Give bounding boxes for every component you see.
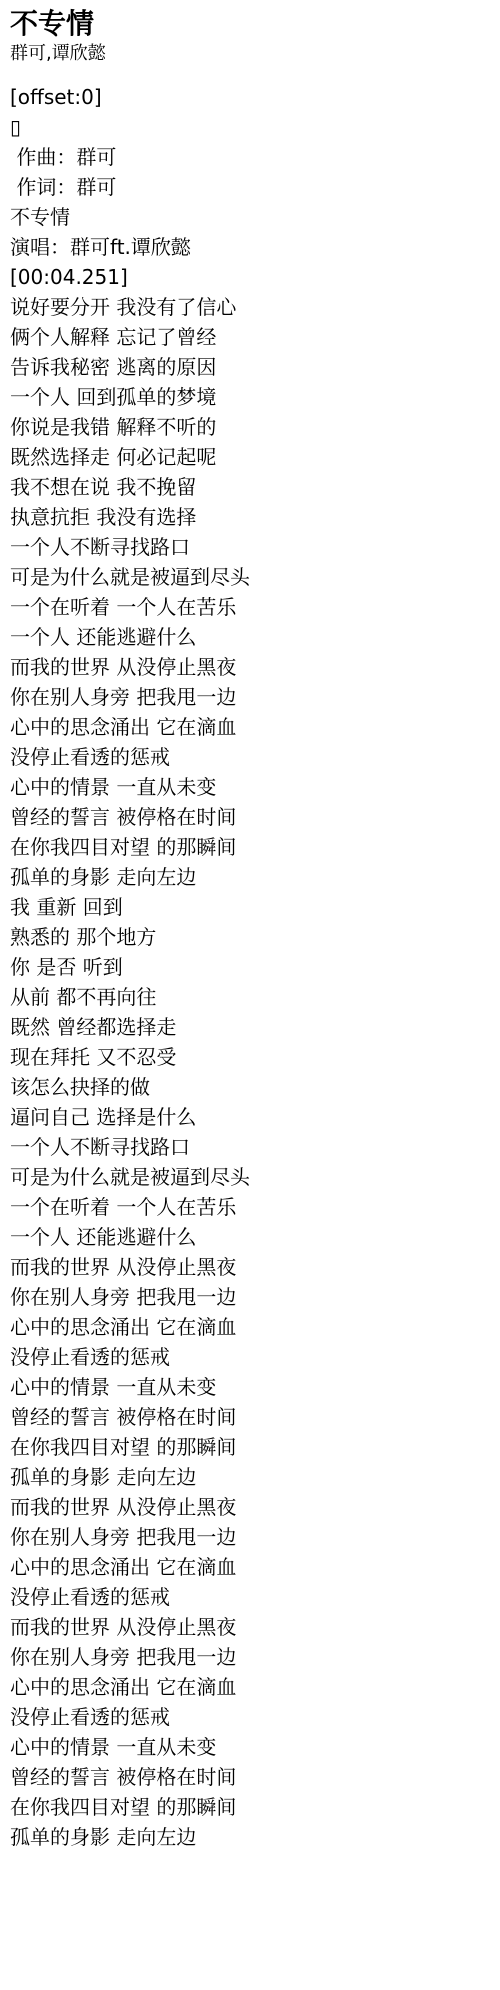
lyric-line: 告诉我秘密 逃离的原因 — [10, 352, 490, 382]
lyric-line: 孤单的身影 走向左边 — [10, 1462, 490, 1492]
lyric-line: 作曲：群可 — [10, 142, 490, 172]
lyric-line: 而我的世界 从没停止黑夜 — [10, 1252, 490, 1282]
lyric-line: 一个人不断寻找路口 — [10, 532, 490, 562]
lyric-line: 心中的思念涌出 它在滴血 — [10, 1672, 490, 1702]
lyric-line: 一个人不断寻找路口 — [10, 1132, 490, 1162]
lyric-line: [offset:0] — [10, 82, 490, 112]
lyric-line: 心中的情景 一直从未变 — [10, 1732, 490, 1762]
lyric-line: [00:04.251] — [10, 262, 490, 292]
lyric-line: 而我的世界 从没停止黑夜 — [10, 1612, 490, 1642]
lyric-line: 既然 曾经都选择走 — [10, 1012, 490, 1042]
lyric-line: 该怎么抉择的做 — [10, 1072, 490, 1102]
lyric-line: 演唱：群可ft.谭欣懿 — [10, 232, 490, 262]
lyric-line: 你在别人身旁 把我甩一边 — [10, 1522, 490, 1552]
lyric-line: 孤单的身影 走向左边 — [10, 1822, 490, 1852]
lyric-line: ▯ — [10, 112, 490, 142]
lyrics-body: [offset:0]▯ 作曲：群可 作词：群可不专情演唱：群可ft.谭欣懿[00… — [10, 82, 490, 1852]
lyric-line: 一个人 还能逃避什么 — [10, 622, 490, 652]
lyric-line: 曾经的誓言 被停格在时间 — [10, 802, 490, 832]
lyric-line: 心中的思念涌出 它在滴血 — [10, 712, 490, 742]
lyric-line: 没停止看透的惩戒 — [10, 1342, 490, 1372]
lyric-line: 一个人 回到孤单的梦境 — [10, 382, 490, 412]
lyric-line: 你在别人身旁 把我甩一边 — [10, 1642, 490, 1672]
song-title: 不专情 — [10, 7, 490, 41]
lyric-line: 从前 都不再向往 — [10, 982, 490, 1012]
lyric-line: 说好要分开 我没有了信心 — [10, 292, 490, 322]
lyric-line: 你在别人身旁 把我甩一边 — [10, 682, 490, 712]
lyric-line: 在你我四目对望 的那瞬间 — [10, 1432, 490, 1462]
lyric-line: 而我的世界 从没停止黑夜 — [10, 1492, 490, 1522]
lyric-line: 而我的世界 从没停止黑夜 — [10, 652, 490, 682]
lyric-line: 你在别人身旁 把我甩一边 — [10, 1282, 490, 1312]
lyric-line: 执意抗拒 我没有选择 — [10, 502, 490, 532]
lyric-line: 心中的思念涌出 它在滴血 — [10, 1312, 490, 1342]
lyrics-page: 不专情 群可,谭欣懿 [offset:0]▯ 作曲：群可 作词：群可不专情演唱：… — [0, 0, 500, 1990]
lyric-line: 不专情 — [10, 202, 490, 232]
lyric-line: 可是为什么就是被逼到尽头 — [10, 1162, 490, 1192]
lyric-line: 现在拜托 又不忍受 — [10, 1042, 490, 1072]
lyric-line: 你说是我错 解释不听的 — [10, 412, 490, 442]
lyric-line: 在你我四目对望 的那瞬间 — [10, 832, 490, 862]
lyric-line: 在你我四目对望 的那瞬间 — [10, 1792, 490, 1822]
lyric-line: 一个人 还能逃避什么 — [10, 1222, 490, 1252]
lyric-line: 心中的情景 一直从未变 — [10, 772, 490, 802]
lyric-line: 没停止看透的惩戒 — [10, 1702, 490, 1732]
lyric-line: 可是为什么就是被逼到尽头 — [10, 562, 490, 592]
lyric-line: 既然选择走 何必记起呢 — [10, 442, 490, 472]
lyric-line: 没停止看透的惩戒 — [10, 1582, 490, 1612]
lyric-line: 我不想在说 我不挽留 — [10, 472, 490, 502]
lyric-line: 作词：群可 — [10, 172, 490, 202]
lyric-line: 我 重新 回到 — [10, 892, 490, 922]
lyric-line: 心中的思念涌出 它在滴血 — [10, 1552, 490, 1582]
lyric-line: 曾经的誓言 被停格在时间 — [10, 1762, 490, 1792]
lyric-line: 熟悉的 那个地方 — [10, 922, 490, 952]
lyric-line: 没停止看透的惩戒 — [10, 742, 490, 772]
lyric-line: 曾经的誓言 被停格在时间 — [10, 1402, 490, 1432]
lyric-line: 孤单的身影 走向左边 — [10, 862, 490, 892]
lyric-line: 一个在听着 一个人在苦乐 — [10, 592, 490, 622]
lyric-line: 你 是否 听到 — [10, 952, 490, 982]
artists: 群可,谭欣懿 — [10, 43, 490, 65]
lyric-line: 心中的情景 一直从未变 — [10, 1372, 490, 1402]
lyric-line: 俩个人解释 忘记了曾经 — [10, 322, 490, 352]
lyric-line: 一个在听着 一个人在苦乐 — [10, 1192, 490, 1222]
lyric-line: 逼问自己 选择是什么 — [10, 1102, 490, 1132]
